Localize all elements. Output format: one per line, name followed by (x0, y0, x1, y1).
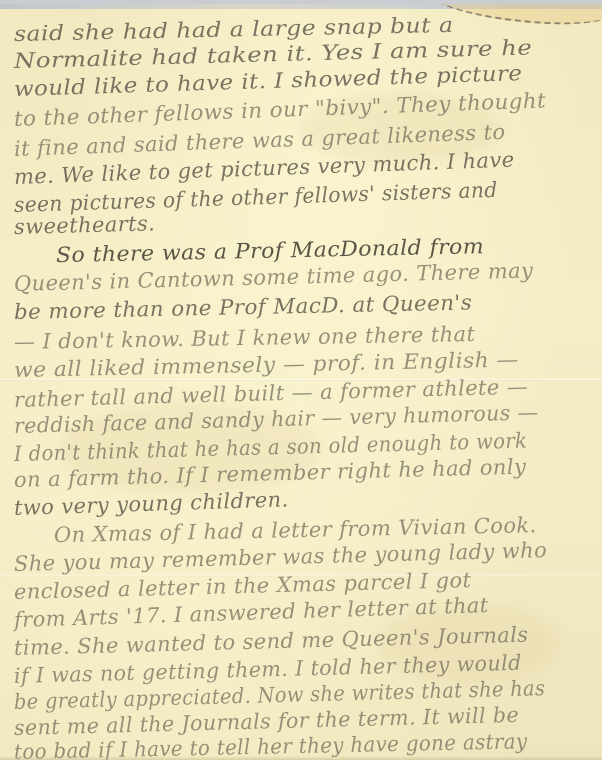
letter-page: said she had had a large snap but a Norm… (0, 4, 602, 760)
page-bottom-edge (0, 756, 602, 760)
handwritten-text: said she had had a large snap but a Norm… (0, 4, 602, 760)
text-line: two very young children. (14, 487, 289, 520)
text-line: be more than one Prof MacD. at Queen's (14, 290, 473, 324)
text-line: sweethearts. (14, 211, 156, 239)
